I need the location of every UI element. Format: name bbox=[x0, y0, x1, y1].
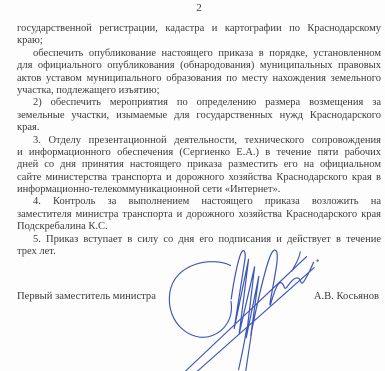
document-body: государственной регистрации, кадастра и … bbox=[17, 23, 381, 258]
document-line: краю; bbox=[17, 35, 381, 47]
signature-underline-stroke bbox=[198, 268, 315, 371]
document-line: 3. Отделу презентационной деятельности, … bbox=[17, 135, 381, 147]
signature-tail-stroke bbox=[246, 333, 252, 371]
document-line: дней со дня принятия настоящего приказа … bbox=[17, 159, 381, 171]
document-line: 5. Приказ вступает в силу со дня его под… bbox=[17, 234, 381, 246]
signature-ink-dot bbox=[317, 260, 319, 262]
document-line: трех лет. bbox=[17, 246, 381, 258]
document-line: актов уставом муниципального образования… bbox=[17, 73, 381, 85]
signer-name: А.В. Косьянов bbox=[314, 290, 379, 303]
page-number: 2 bbox=[17, 2, 381, 15]
document-line: для официального опубликования (обнародо… bbox=[17, 60, 381, 72]
document-line: сайте министерства транспорта и дорожног… bbox=[17, 172, 381, 184]
signature-underline-stroke bbox=[186, 257, 307, 371]
document-line: участка, подлежащего изъятию; bbox=[17, 85, 381, 97]
document-line: и информационного обеспечения (Сергиенко… bbox=[17, 147, 381, 159]
signature-block: Первый заместитель министра А.В. Косьяно… bbox=[17, 290, 379, 303]
document-line: края. bbox=[17, 122, 381, 134]
document-line: земельные участки, изымаемые для государ… bbox=[17, 110, 381, 122]
signer-role: Первый заместитель министра bbox=[17, 290, 156, 303]
document-line: государственной регистрации, кадастра и … bbox=[17, 23, 381, 35]
document-line: обеспечить опубликование настоящего прик… bbox=[17, 48, 381, 60]
signature-tail-stroke bbox=[239, 329, 247, 370]
document-line: 2) обеспечить мероприятия по определению… bbox=[17, 97, 381, 109]
document-line: 4. Контроль за выполнением настоящего пр… bbox=[17, 196, 381, 208]
document-line: информационно-телекоммуникационной сети … bbox=[17, 184, 381, 196]
document-line: Подскребалина К.С. bbox=[17, 221, 381, 233]
document-line: заместителя министра транспорта и дорожн… bbox=[17, 209, 381, 221]
